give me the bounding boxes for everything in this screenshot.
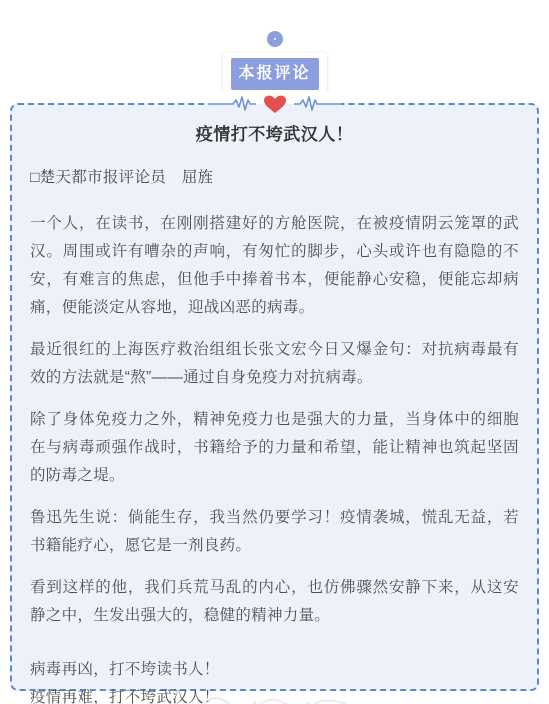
- article-paragraph: 看到这样的他，我们兵荒马乱的内心，也仿佛骤然安静下来，从这安静之中，生发出强大的…: [30, 574, 519, 630]
- article-content: 疫情打不垮武汉人！ □楚天都市报评论员 屈旌 一个人，在读书，在刚刚搭建好的方舱…: [12, 105, 537, 704]
- badge-label: 本报评论: [231, 58, 319, 90]
- article-byline: □楚天都市报评论员 屈旌: [30, 164, 519, 192]
- bottom-watermark: [200, 694, 350, 704]
- article-closing-line: 病毒再凶，打不垮读书人！: [30, 656, 519, 684]
- article-paragraph: 最近很红的上海医疗救治组组长张文宏今日又爆金句：对抗病毒最有效的方法就是“熬”—…: [30, 336, 519, 392]
- pin-ring-icon: [267, 31, 283, 47]
- article-paragraph: 鲁迅先生说：倘能生存，我当然仍要学习！疫情袭城，慌乱无益，若书籍能疗心，愿它是一…: [30, 504, 519, 560]
- article-paragraph: 一个人，在读书，在刚刚搭建好的方舱医院，在被疫情阴云笼罩的武汉。周围或许有嘈杂的…: [30, 210, 519, 322]
- heartbeat-decoration: [209, 91, 341, 119]
- heart-icon: [264, 96, 286, 113]
- ekg-right-icon: [294, 97, 341, 110]
- header-badge-area: 本报评论: [0, 0, 549, 103]
- article-title: 疫情打不垮武汉人！: [30, 121, 519, 149]
- ekg-left-icon: [209, 97, 256, 110]
- article-panel: 疫情打不垮武汉人！ □楚天都市报评论员 屈旌 一个人，在读书，在刚刚搭建好的方舱…: [10, 103, 539, 691]
- article-paragraph: 除了身体免疫力之外，精神免疫力也是强大的力量，当身体中的细胞在与病毒顽强作战时，…: [30, 406, 519, 490]
